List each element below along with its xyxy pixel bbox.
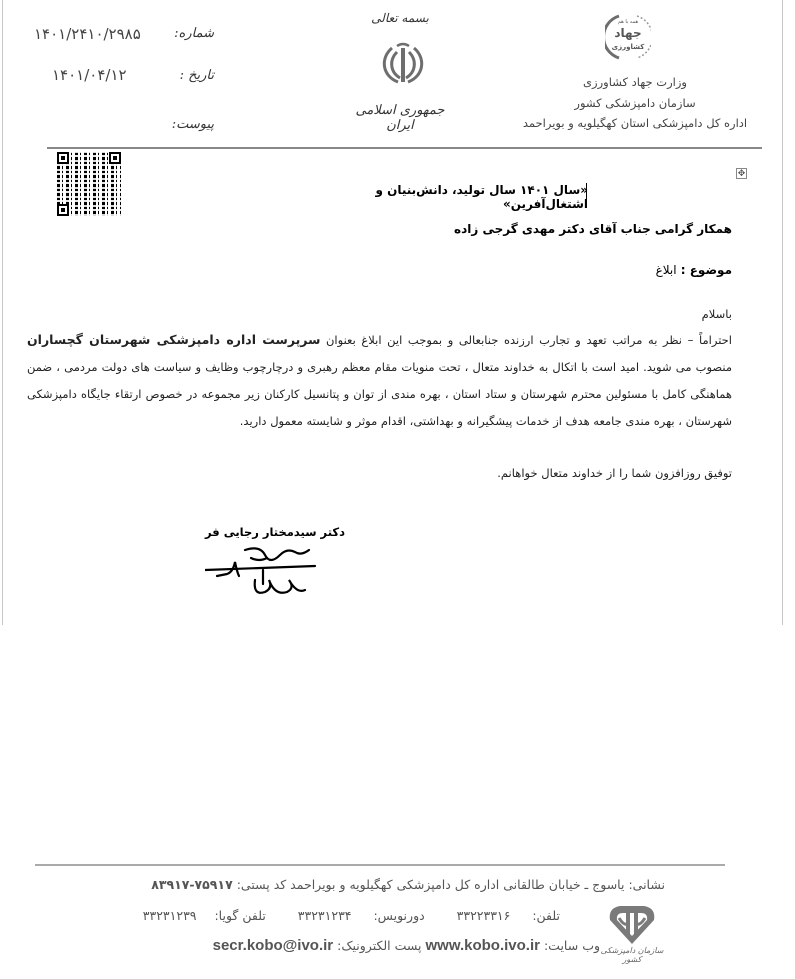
closing-line: توفیق روزافزون شما را از خداوند متعال خو… (300, 466, 732, 480)
footer-fax-value: ۳۳۲۳۱۲۳۴ (298, 908, 352, 923)
footer-email-label: پست الکترونیک: (337, 938, 421, 953)
footer-web-line: وب سایت: www.kobo.ivo.ir پست الکترونیک: … (165, 937, 600, 954)
body-text-part1: احتراماً – نظر به مراتب تعهد و تجارب ارز… (320, 333, 732, 347)
number-value: ۱۴۰۱/۲۴۱۰/۲۹۸۵ (34, 25, 141, 43)
jahad-keshavarzi-logo: همه با هم جهاد کشاورزی (605, 12, 651, 62)
footer-address-line: نشانی: یاسوج ـ خیابان طالقانی اداره کل د… (95, 877, 665, 892)
footer-voice-label: تلفن گویا: (214, 908, 265, 923)
body-paragraph: احتراماً – نظر به مراتب تعهد و تجارب ارز… (27, 326, 732, 435)
body-text-bold-title: سرپرست اداره دامپزشکی شهرستان گچساران (27, 332, 320, 347)
footer-postal-code: ۷۵۹۱۷-۸۳۹۱۷ (151, 877, 233, 892)
republic-title: جمهوری اسلامی ایران (350, 103, 450, 133)
footer-address: نشانی: یاسوج ـ خیابان طالقانی اداره کل د… (237, 877, 665, 892)
jahad-logo-sub: کشاورزی (605, 43, 651, 51)
greeting: باسلام (600, 307, 732, 321)
year-slogan: «سال ۱۴۰۱ سال تولید، دانش‌بنیان و اشتغال… (300, 183, 588, 211)
subject-value: ابلاغ (656, 263, 677, 277)
veterinary-org-logo-icon (606, 902, 658, 946)
footer-voice-value: ۳۳۲۳۱۲۳۹ (143, 908, 197, 923)
basmala: بسمه تعالی (370, 11, 430, 25)
qr-code (57, 152, 121, 216)
attachment-label: پیوست: (170, 117, 214, 132)
subject-label: موضوع : (681, 263, 732, 277)
footer-website-link[interactable]: www.kobo.ivo.ir (426, 937, 540, 954)
subject-line: موضوع : ابلاغ (580, 263, 732, 277)
iran-emblem-icon (378, 38, 428, 88)
footer-phone-value: ۳۳۲۲۳۳۱۶ (457, 908, 511, 923)
body-text-part2: منصوب می شوید. امید است با اتکال به خداو… (27, 360, 732, 428)
footer-phone-label: تلفن: (532, 908, 560, 923)
footer-website-label: وب سایت: (544, 938, 600, 953)
date-value: ۱۴۰۱/۰۴/۱۲ (52, 66, 127, 84)
veterinary-org-logo-caption: سازمان دامپزشکی کشور (596, 946, 668, 964)
footer-divider (35, 864, 725, 866)
signatory-name: دکتر سیدمختار رجایی فر (195, 525, 345, 539)
jahad-logo-top: همه با هم (605, 19, 651, 25)
date-label: تاریخ : (170, 68, 214, 83)
text-cursor (586, 183, 587, 200)
org-line-directorate: اداره کل دامپزشکی استان کهگیلویه و بویرا… (520, 116, 750, 130)
footer-phone-line: تلفن: ۳۳۲۲۳۳۱۶ دورنویس: ۳۳۲۳۱۲۳۴ تلفن گو… (130, 908, 560, 923)
org-line-organization: سازمان دامپزشکی کشور (560, 96, 710, 110)
org-line-ministry: وزارت جهاد کشاورزی (560, 75, 710, 89)
jahad-logo-main: جهاد (605, 26, 651, 40)
number-label: شماره: (170, 26, 214, 41)
footer-fax-label: دورنویس: (373, 908, 424, 923)
footer-email-link[interactable]: secr.kobo@ivo.ir (213, 937, 334, 954)
table-move-handle-icon[interactable]: ✥ (736, 168, 747, 179)
recipient-line: همکار گرامی جناب آقای دکتر مهدی گرجی زاد… (400, 222, 732, 236)
header-divider (47, 147, 762, 149)
handwritten-signature-icon (205, 540, 320, 600)
